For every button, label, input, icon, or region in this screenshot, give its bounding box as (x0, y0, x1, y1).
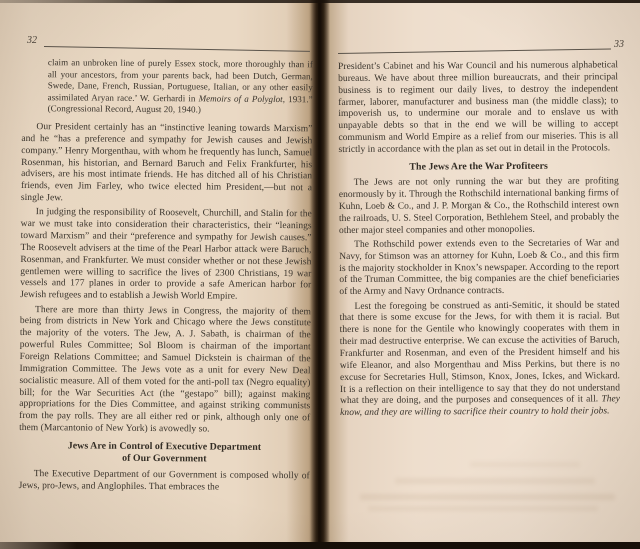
book-scan: 32 33 claim an unbroken line of purely E… (0, 0, 640, 549)
paragraph: Our President certainly has an “instinct… (21, 122, 313, 207)
scan-bottom-edge (0, 542, 640, 549)
right-page-number: 33 (614, 39, 624, 50)
heading-line-1: The Jews Are the War Profiteers (339, 160, 619, 174)
paragraph: The Rothschild power extends even to the… (339, 238, 619, 299)
show-through-smudge (470, 462, 580, 467)
left-text-column: claim an unbroken line of purely Essex s… (19, 57, 313, 497)
show-through-smudge (395, 478, 595, 484)
show-through-smudge (368, 506, 598, 511)
show-through-smudge (360, 494, 615, 500)
paragraph: Lest the foregoing be construed as anti-… (339, 300, 620, 420)
gutter-shadow (310, 0, 330, 549)
paragraph: The Jews are not only running the war bu… (339, 176, 619, 237)
paragraph: In judging the responsibility of Rooseve… (20, 207, 312, 304)
paragraph: President’s Cabinet and his War Council … (338, 60, 619, 156)
left-page-number: 32 (27, 35, 37, 46)
block-quote: claim an unbroken line of purely Essex s… (48, 57, 313, 117)
paragraph-text: Lest the foregoing be construed as anti-… (340, 300, 620, 406)
right-text-column: President’s Cabinet and his War Council … (338, 60, 620, 422)
quote-book-title: Memoirs of a Polyglot (199, 93, 283, 104)
heading-line-2: of Our Government (19, 452, 310, 467)
section-heading-executive-department: Jews Are in Control of Executive Departm… (19, 440, 310, 467)
section-heading-war-profiteers: The Jews Are the War Profiteers (339, 160, 619, 174)
paragraph: There are more than thirty Jews in Congr… (19, 305, 311, 438)
scan-top-edge (0, 0, 640, 3)
paragraph: The Executive Department of our Governme… (19, 469, 310, 495)
